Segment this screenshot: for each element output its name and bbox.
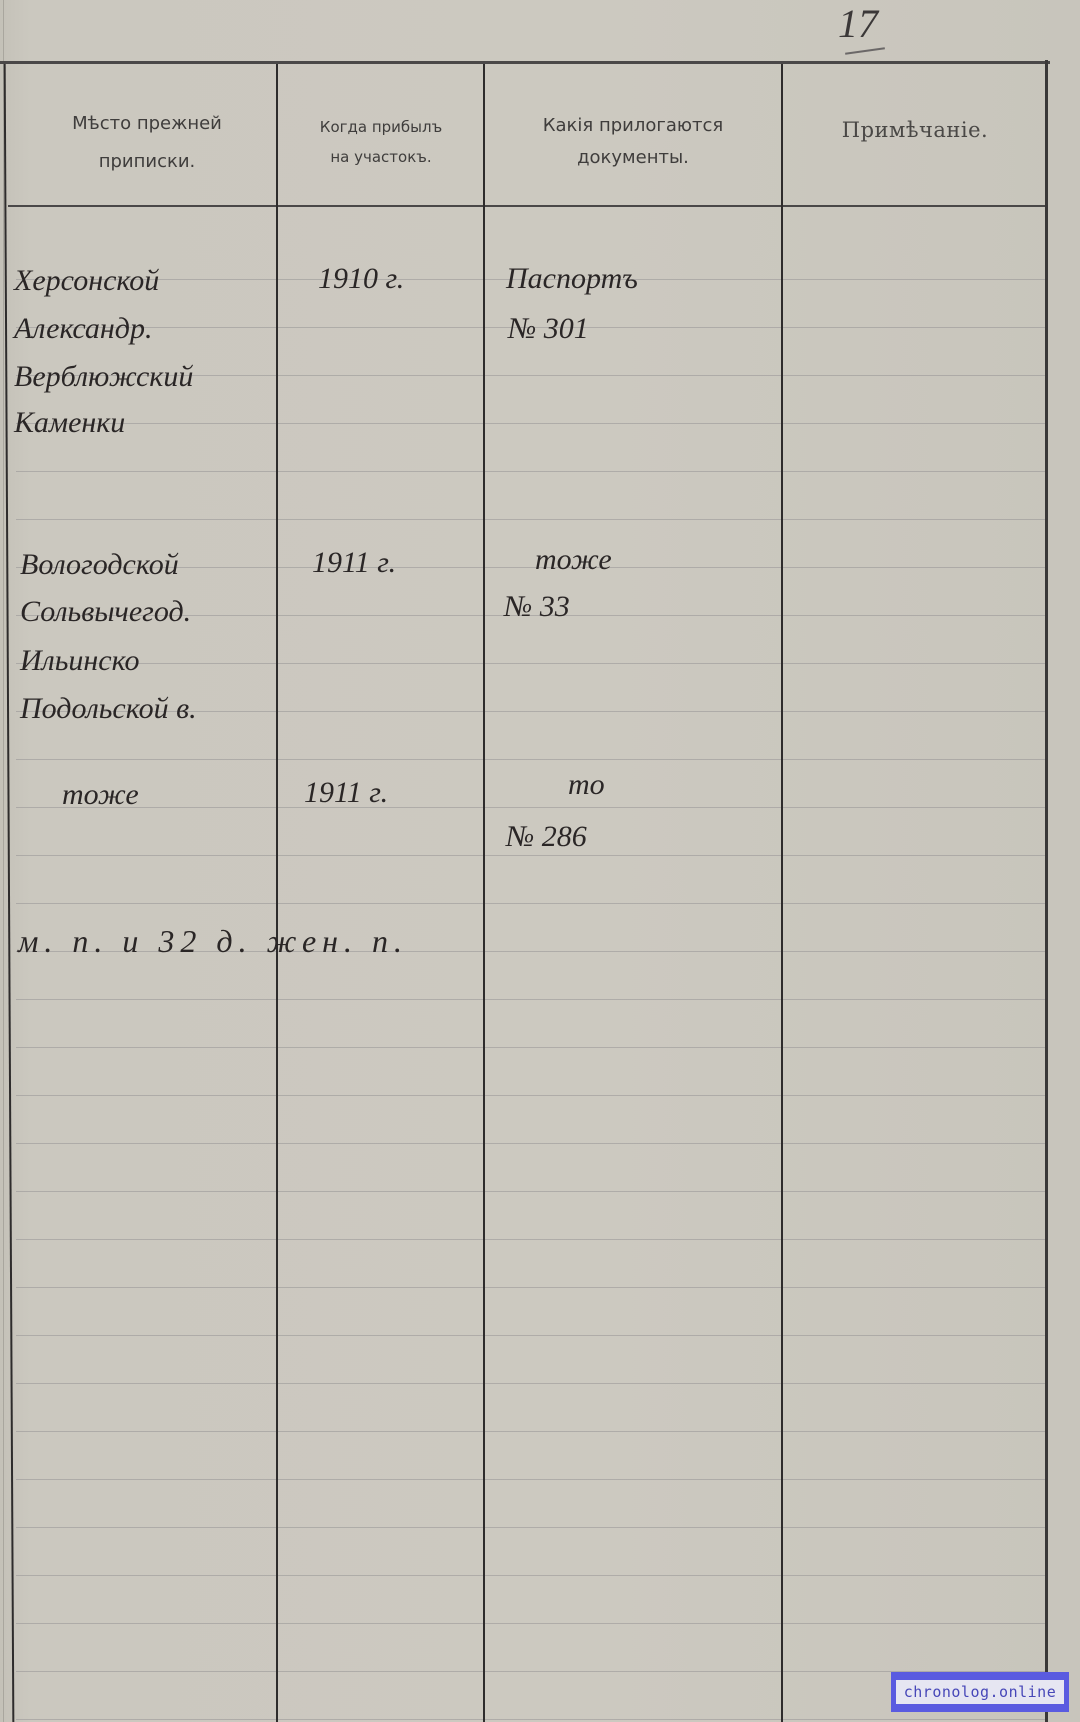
header-bottom-border <box>8 205 1048 207</box>
row3-place-line1: тоже <box>62 780 139 810</box>
header-previous-registration-line2: приписки. <box>18 143 276 181</box>
row2-place-line4: Подольской в. <box>20 694 197 724</box>
header-previous-registration-line1: Мѣсто прежней <box>18 105 276 143</box>
header-arrival-date-line1: Когда прибылъ <box>279 112 483 142</box>
header-previous-registration: Мѣсто прежней приписки. <box>18 105 276 181</box>
row1-place-line4: Каменки <box>14 408 125 438</box>
header-arrival-date: Когда прибылъ на участокъ. <box>279 112 483 172</box>
header-notes: Примѣчаніе. <box>784 118 1046 142</box>
summary-line: м. п. и 32 д. жен. п. <box>18 926 408 956</box>
ruled-lines <box>16 232 1047 1722</box>
row2-document-number: № 33 <box>504 592 570 622</box>
table-right-border <box>1045 60 1048 1722</box>
ledger-page: 17 Мѣсто прежней приписки. Когда прибылъ… <box>0 0 1080 1722</box>
page-number-underline <box>845 47 885 55</box>
row1-place-line2: Александр. <box>14 314 152 344</box>
header-notes-line1: Примѣчаніе. <box>784 118 1046 142</box>
table-top-border <box>0 61 1050 64</box>
watermark-text: chronolog.online <box>896 1680 1065 1704</box>
header-documents: Какія прилогаются документы. <box>485 110 781 174</box>
row2-place-line1: Вологодской <box>20 550 179 580</box>
row1-document-number: № 301 <box>508 314 589 344</box>
row2-place-line2: Сольвычегод. <box>20 597 191 627</box>
row1-place-line3: Верблюжский <box>14 362 193 392</box>
watermark-badge: chronolog.online <box>891 1672 1069 1712</box>
row3-document-number: № 286 <box>506 822 587 852</box>
header-documents-line2: документы. <box>485 142 781 174</box>
table-left-border <box>4 64 15 1722</box>
row3-arrival-year: 1911 г. <box>304 778 388 808</box>
row2-arrival-year: 1911 г. <box>312 548 396 578</box>
column-divider-2 <box>483 64 485 1722</box>
column-divider-3 <box>781 64 783 1722</box>
row3-document-type: то <box>568 770 605 800</box>
page-number: 17 <box>838 0 878 47</box>
header-arrival-date-line2: на участокъ. <box>279 142 483 172</box>
row1-document-type: Паспортъ <box>506 264 638 294</box>
row2-document-type: тоже <box>535 545 612 575</box>
header-documents-line1: Какія прилогаются <box>485 110 781 142</box>
row2-place-line3: Ильинско <box>20 646 140 676</box>
row1-place-line1: Херсонской <box>14 266 159 296</box>
column-divider-1 <box>276 64 278 1722</box>
row1-arrival-year: 1910 г. <box>318 264 404 294</box>
